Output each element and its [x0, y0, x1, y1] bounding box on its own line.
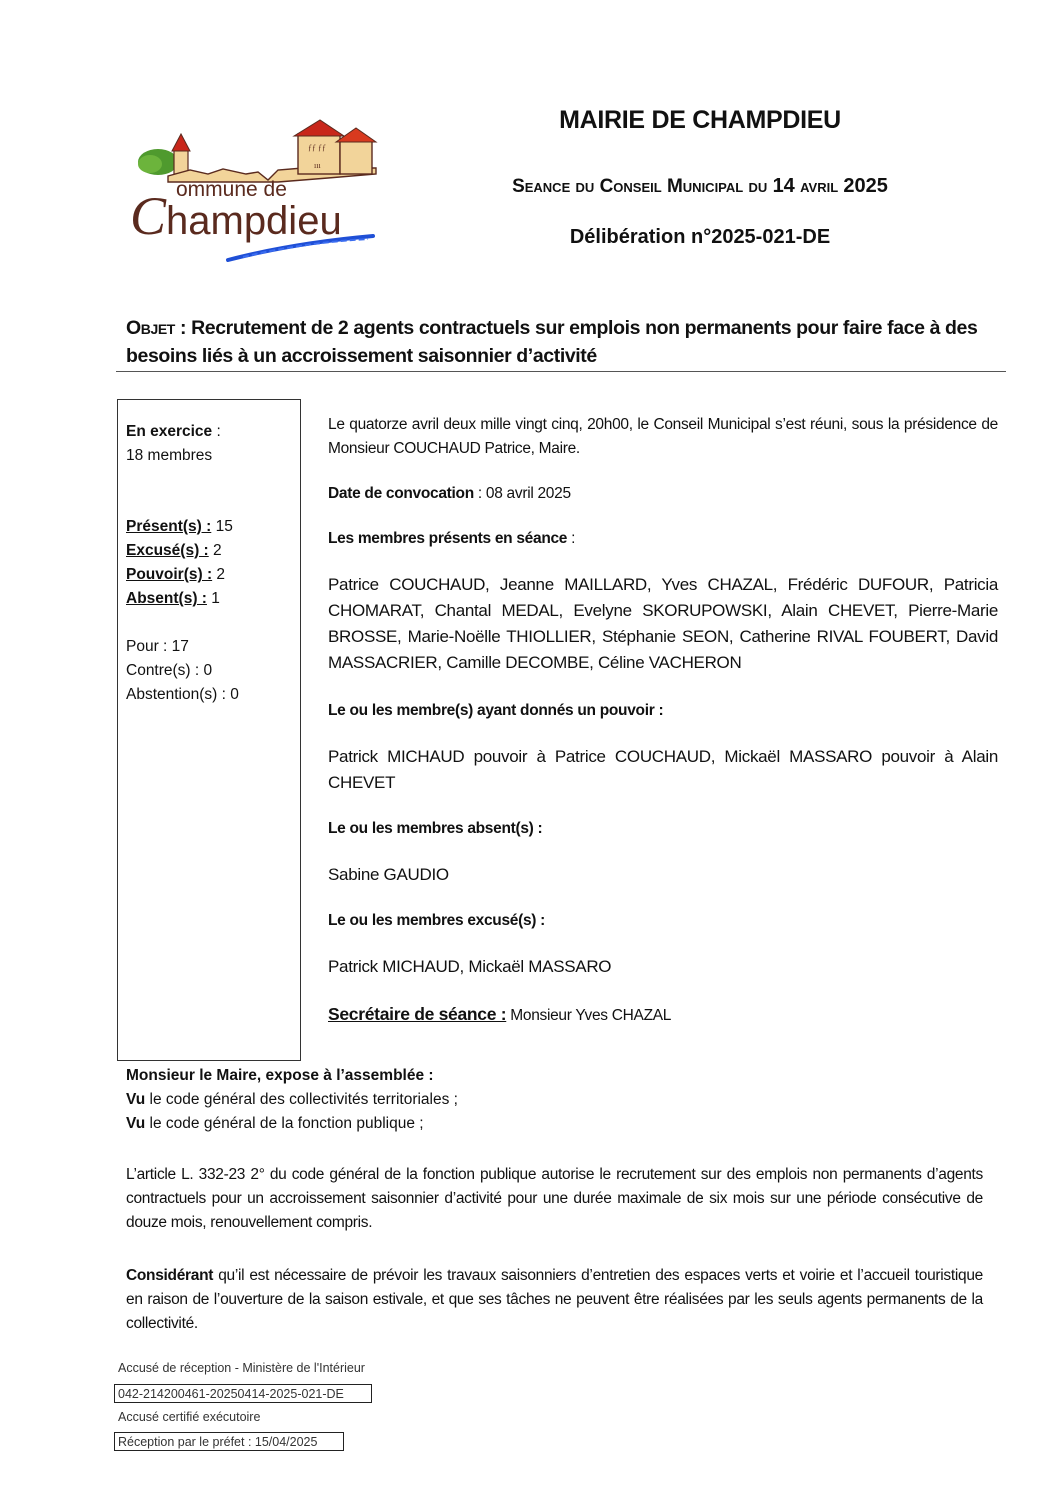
- excuses-count: Excusé(s) : 2: [126, 541, 222, 561]
- absents-count: Absent(s) : 1: [126, 589, 220, 609]
- mairie-title: MAIRIE DE CHAMPDIEU: [470, 106, 930, 135]
- vote-contre: Contre(s) : 0: [126, 661, 212, 681]
- stamp-reception: Réception par le préfet : 15/04/2025: [114, 1432, 344, 1451]
- absents-heading: Le ou les membres absent(s) :: [328, 817, 998, 841]
- svg-text:ııı: ııı: [314, 161, 321, 170]
- vu-cgct: Vu le code général des collectivités ter…: [126, 1088, 983, 1112]
- expose-heading: Monsieur le Maire, expose à l’assemblée …: [126, 1064, 983, 1088]
- objet-heading: Objet : Recrutement de 2 agents contract…: [126, 314, 1006, 370]
- vote-abstention: Abstention(s) : 0: [126, 685, 239, 705]
- seance-title: Seance du Conseil Municipal du 14 avril …: [440, 175, 960, 198]
- article-paragraph: L’article L. 332-23 2° du code général d…: [126, 1163, 983, 1235]
- objet-divider: [116, 371, 1006, 372]
- session-intro: Le quatorze avril deux mille vingt cinq,…: [328, 413, 998, 461]
- en-exercice: En exercice :: [126, 422, 221, 442]
- secretaire-seance: Secrétaire de séance : Monsieur Yves CHA…: [328, 1002, 998, 1028]
- vote-pour: Pour : 17: [126, 637, 189, 657]
- vote-summary-box: [117, 399, 301, 1061]
- considerant-paragraph: Considérant qu’il est nécessaire de prév…: [126, 1264, 983, 1336]
- excuses-heading: Le ou les membres excusé(s) :: [328, 909, 998, 933]
- convocation-date: Date de convocation : 08 avril 2025: [328, 482, 998, 506]
- svg-text:ƒƒ ƒƒ: ƒƒ ƒƒ: [308, 143, 326, 152]
- vu-cgfp: Vu le code général de la fonction publiq…: [126, 1112, 983, 1136]
- stamp-certifie: Accusé certifié exécutoire: [118, 1410, 260, 1424]
- excuses-list: Patrick MICHAUD, Mickaël MASSARO: [328, 954, 998, 980]
- stamp-reference: 042-214200461-20250414-2025-021-DE: [114, 1384, 372, 1403]
- presents-heading: Les membres présents en séance :: [328, 527, 998, 551]
- absents-list: Sabine GAUDIO: [328, 862, 998, 888]
- en-exercice-value: 18 membres: [126, 446, 212, 466]
- presents-count: Présent(s) : 15: [126, 517, 233, 537]
- deliberation-number: Délibération n°2025-021-DE: [470, 226, 930, 249]
- stamp-accuse: Accusé de réception - Ministère de l'Int…: [118, 1361, 365, 1375]
- pouvoir-heading: Le ou les membre(s) ayant donnés un pouv…: [328, 699, 998, 723]
- svg-text:C: C: [130, 186, 167, 246]
- pouvoir-list: Patrick MICHAUD pouvoir à Patrice COUCHA…: [328, 744, 998, 796]
- svg-text:hampdieu: hampdieu: [166, 199, 342, 243]
- presents-list: Patrice COUCHAUD, Jeanne MAILLARD, Yves …: [328, 572, 998, 676]
- pouvoirs-count: Pouvoir(s) : 2: [126, 565, 225, 585]
- svg-text:ommune de: ommune de: [176, 178, 287, 201]
- commune-logo: ƒƒ ƒƒ ııı ommune de C hampdieu: [128, 112, 380, 267]
